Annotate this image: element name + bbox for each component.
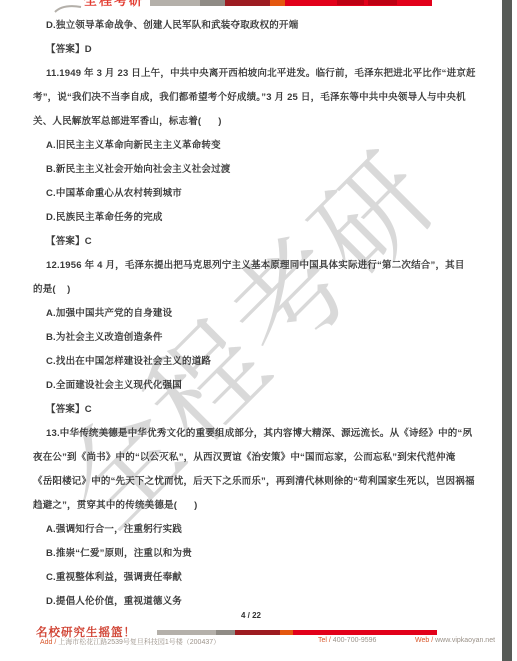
option-line: B.新民主主义社会开始向社会主义社会过渡 xyxy=(33,158,487,182)
web-label: Web / xyxy=(415,637,435,644)
footer-web: Web / www.vipkaoyan.net xyxy=(415,637,495,644)
option-line: C.重视整体利益，强调责任奉献 xyxy=(33,566,487,590)
header-bar-segment-orange xyxy=(270,0,285,6)
option-line: B.为社会主义改造创造条件 xyxy=(33,326,487,350)
footer-address: Add / 上海市松花江路2539号复旦科技园1号楼（200437） xyxy=(40,637,220,647)
question-line: 13.中华传统美德是中华优秀文化的重要组成部分，其内容博大精深、源远流长。从《诗… xyxy=(33,422,487,446)
question-line: 夜在公”到《尚书》中的“以公灭私”，从西汉贾谊《治安策》中“国而忘家，公而忘私”… xyxy=(33,446,487,470)
question-line: 关、人民解放军总部进军香山，标志着( ) xyxy=(33,110,487,134)
web-value: www.vipkaoyan.net xyxy=(435,637,495,644)
header-bar-mark xyxy=(368,0,397,5)
footer-bar-segment-orange xyxy=(280,630,293,635)
tel-value: 400-700-9596 xyxy=(333,637,377,644)
logo-swoosh-icon xyxy=(54,0,82,8)
option-line: A.强调知行合一，注重躬行实践 xyxy=(33,518,487,542)
address-value: 上海市松花江路2539号复旦科技园1号楼（200437） xyxy=(58,639,220,646)
document-page: 全程考研 全程考研 D.独立领导革命战争、创建人民军队和武装夺取政权的开端 【答… xyxy=(0,0,517,661)
header-bar-segment-gray xyxy=(150,0,200,6)
footer-bar-segment-gray xyxy=(157,630,216,635)
footer-bar-segment-darkred xyxy=(235,630,280,635)
question-line: 12.1956 年 4 月，毛泽东提出把马克思列宁主义基本原理同中国具体实际进行… xyxy=(33,254,487,278)
question-line: 《岳阳楼记》中的“先天下之忧而忧，后天下之乐而乐”，再到清代林则徐的“苟利国家生… xyxy=(33,470,487,494)
option-line: A.旧民主主义革命向新民主主义革命转变 xyxy=(33,134,487,158)
answer-line: 【答案】C xyxy=(33,230,487,254)
option-line: C.找出在中国怎样建设社会主义的道路 xyxy=(33,350,487,374)
document-content: D.独立领导革命战争、创建人民军队和武装夺取政权的开端 【答案】D 11.194… xyxy=(33,14,487,614)
question-line: 考”，说“我们决不当李自成，我们都希望考个好成绩。”3 月 25 日，毛泽东等中… xyxy=(33,86,487,110)
option-line: D.独立领导革命战争、创建人民军队和武装夺取政权的开端 xyxy=(33,14,487,38)
question-line: 趋避之”，贯穿其中的传统美德是( ) xyxy=(33,494,487,518)
page-number: 4 / 22 xyxy=(0,611,502,620)
footer-bar-segment-darkgray xyxy=(216,630,235,635)
footer-tel: Tel / 400-700-9596 xyxy=(318,637,376,644)
brand-logo-text: 全程考研 xyxy=(84,0,156,7)
page-edge-strip xyxy=(502,0,512,661)
tel-label: Tel / xyxy=(318,637,333,644)
header-bar-segment-darkred xyxy=(225,0,270,6)
header-bar-mark xyxy=(337,0,364,5)
option-line: B.推崇“仁爱”原则，注重以和为贵 xyxy=(33,542,487,566)
option-line: C.中国革命重心从农村转到城市 xyxy=(33,182,487,206)
option-line: D.民族民主革命任务的完成 xyxy=(33,206,487,230)
address-label: Add / xyxy=(40,639,58,646)
answer-line: 【答案】C xyxy=(33,398,487,422)
question-line: 11.1949 年 3 月 23 日上午，中共中央离开西柏坡向北平进发。临行前，… xyxy=(33,62,487,86)
header-bar-segment-darkgray xyxy=(200,0,225,6)
option-line: A.加强中国共产党的自身建设 xyxy=(33,302,487,326)
option-line: D.全面建设社会主义现代化强国 xyxy=(33,374,487,398)
answer-line: 【答案】D xyxy=(33,38,487,62)
footer-bar-segment-red xyxy=(293,630,437,635)
question-line: 的是( ) xyxy=(33,278,487,302)
